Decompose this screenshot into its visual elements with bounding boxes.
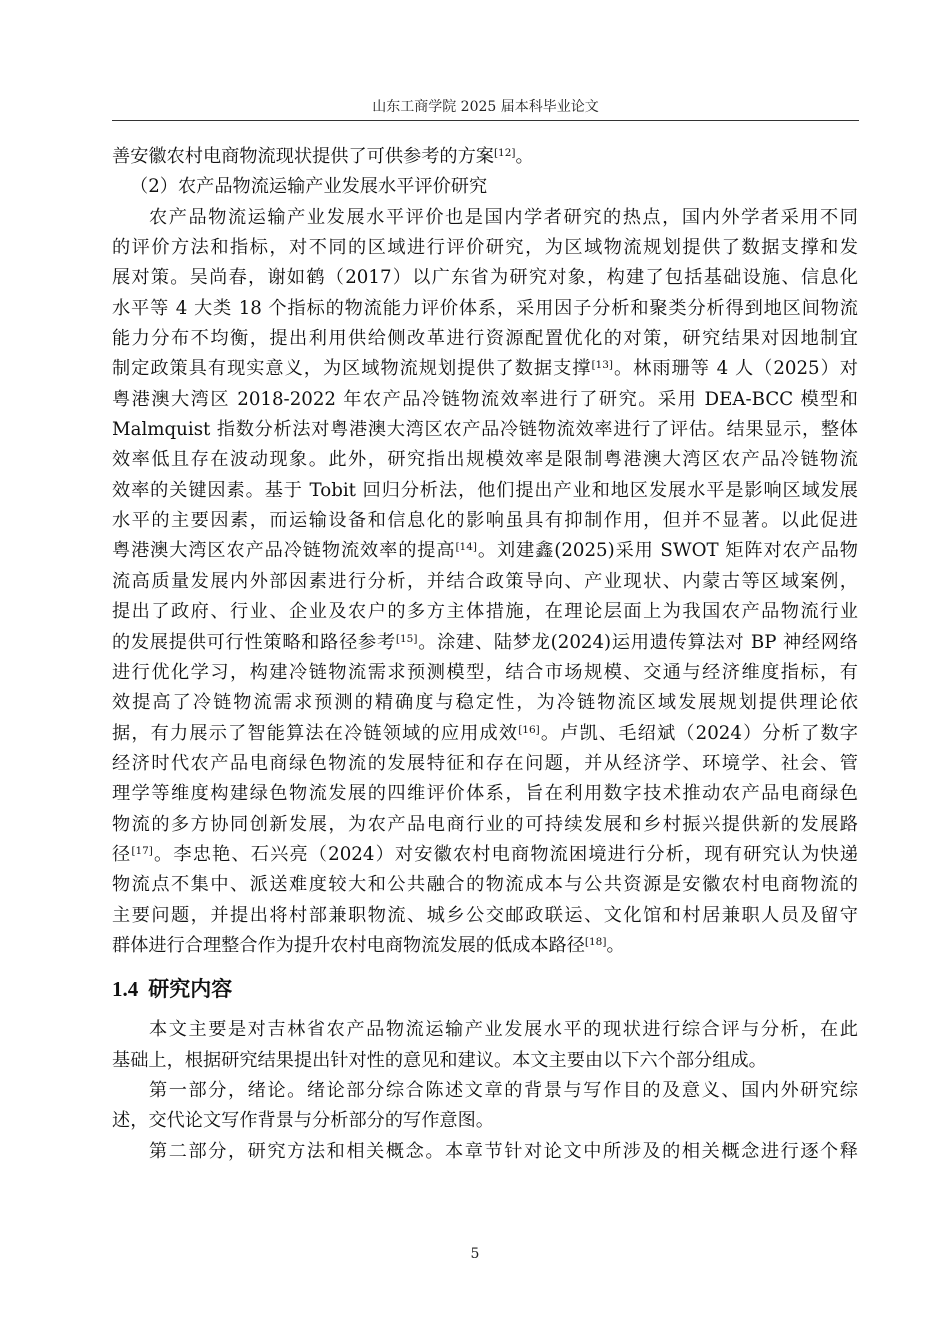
text-line: 效率的关键因素。基于 Tobit 回归分析法，他们提出产业和地区发展水平是影响区… [112,476,858,506]
text-line: 农产品物流运输产业发展水平评价也是国内学者研究的热点，国内外学者采用不同 [112,203,858,233]
text-line: 水平等 4 大类 18 个指标的物流能力评价体系，采用因子分析和聚类分析得到地区… [112,294,858,324]
section-heading: 1.4研究内容 [112,963,858,1015]
text-line: 物流点不集中、派送难度较大和公共融合的物流成本与公共资源是安徽农村电商物流的 [112,870,858,900]
text-line: 的评价方法和指标，对不同的区域进行评价研究，为区域物流规划提供了数据支撑和发 [112,233,858,263]
text-line: 水平的主要因素，而运输设备和信息化的影响虽具有抑制作用，但并不显著。以此促进 [112,506,858,536]
text-line: 能力分布不均衡，提出利用供给侧改革进行资源配置优化的对策，研究结果对因地制宜 [112,324,858,354]
text-line: 的发展提供可行性策略和路径参考[15]。涂建、陆梦龙(2024)运用遗传算法对 … [112,628,858,658]
citation-ref: [17] [131,845,153,857]
text-line: 展对策。吴尚春，谢如鹤（2017）以广东省为研究对象，构建了包括基础设施、信息化 [112,263,858,293]
line-text: 群体进行合理整合作为提升农村电商物流发展的低成本路径 [112,935,585,956]
running-header: 山东工商学院 2025 届本科毕业论文 [112,98,859,116]
text-line: 善安徽农村电商物流现状提供了可供参考的方案[12]。 [112,142,858,172]
line-text-tail: 。李忠艳、石兴亮（2024）对安徽农村电商物流困境进行分析，现有研究认为快递 [153,844,858,865]
line-text: 径 [112,844,131,865]
line-text-tail: 。刘建鑫(2025)采用 SWOT 矩阵对农产品物 [477,540,858,561]
line-text-tail: 。 [606,935,624,956]
text-line: 流高质量发展内外部因素进行分析，并结合政策导向、产业现状、内蒙古等区域案例， [112,567,858,597]
citation-ref: [16] [518,724,540,736]
citation-ref: [12] [494,147,516,159]
text-line: 径[17]。李忠艳、石兴亮（2024）对安徽农村电商物流困境进行分析，现有研究认… [112,840,858,870]
text-line: 第二部分，研究方法和相关概念。本章节针对论文中所涉及的相关概念进行逐个释 [112,1137,858,1167]
text-line: 第一部分，绪论。绪论部分综合陈述文章的背景与写作目的及意义、国内外研究综 [112,1076,858,1106]
text-line: 效率低且存在波动现象。此外，研究指出规模效率是限制粤港澳大湾区农产品冷链物流 [112,445,858,475]
section-number: 1.4 [112,977,138,1001]
line-text-tail: 。林雨珊等 4 人（2025）对 [613,358,858,379]
text-line: Malmquist 指数分析法对粤港澳大湾区农产品冷链物流效率进行了评估。结果显… [112,415,858,445]
document-body: 善安徽农村电商物流现状提供了可供参考的方案[12]。 （2）农产品物流运输产业发… [112,142,858,1167]
text-line: 粤港澳大湾区 2018-2022 年农产品冷链物流效率进行了研究。采用 DEA-… [112,385,858,415]
text-line: 理学等维度构建绿色物流发展的四维评价体系，旨在利用数字技术推动农产品电商绿色 [112,779,858,809]
text-line: 据，有力展示了智能算法在冷链领域的应用成效[16]。卢凯、毛绍斌（2024）分析… [112,719,858,749]
header-divider [112,120,859,121]
text-line: 经济时代农产品电商绿色物流的发展特征和存在问题，并从经济学、环境学、社会、管 [112,749,858,779]
citation-ref: [14] [455,541,477,553]
page-number: 5 [0,1246,950,1262]
text-line: 基础上，根据研究结果提出针对性的意见和建议。本文主要由以下六个部分组成。 [112,1046,858,1076]
line-text-tail: 。 [516,146,534,167]
line-text: 制定政策具有现实意义，为区域物流规划提供了数据支撑 [112,358,591,379]
text-line: 效提高了冷链物流需求预测的精确度与稳定性，为冷链物流区域发展规划提供理论依 [112,688,858,718]
text-line: 物流的多方协同创新发展，为农产品电商行业的可持续发展和乡村振兴提供新的发展路 [112,810,858,840]
text-line: 粤港澳大湾区农产品冷链物流效率的提高[14]。刘建鑫(2025)采用 SWOT … [112,536,858,566]
text-line: 本文主要是对吉林省农产品物流运输产业发展水平的现状进行综合评与分析，在此 [112,1015,858,1045]
subsection-heading: （2）农产品物流运输产业发展水平评价研究 [112,172,858,202]
line-text: 善安徽农村电商物流现状提供了可供参考的方案 [112,146,494,167]
text-line: 群体进行合理整合作为提升农村电商物流发展的低成本路径[18]。 [112,931,858,961]
text-line: 制定政策具有现实意义，为区域物流规划提供了数据支撑[13]。林雨珊等 4 人（2… [112,354,858,384]
line-text-tail: 。卢凯、毛绍斌（2024）分析了数字 [540,723,858,744]
line-text: 据，有力展示了智能算法在冷链领域的应用成效 [112,723,518,744]
text-line: 述，交代论文写作背景与分析部分的写作意图。 [112,1106,858,1136]
text-line: 主要问题，并提出将村部兼职物流、城乡公交邮政联运、文化馆和村居兼职人员及留守 [112,901,858,931]
section-title: 研究内容 [148,977,232,1001]
line-text-tail: 。涂建、陆梦龙(2024)运用遗传算法对 BP 神经网络 [417,632,858,653]
citation-ref: [18] [585,936,607,948]
line-text: 的发展提供可行性策略和路径参考 [112,632,396,653]
text-line: 提出了政府、行业、企业及农户的多方主体措施，在理论层面上为我国农产品物流行业 [112,597,858,627]
citation-ref: [13] [591,359,613,371]
text-line: 进行优化学习，构建冷链物流需求预测模型，结合市场规模、交通与经济维度指标，有 [112,658,858,688]
citation-ref: [15] [396,633,418,645]
line-text: 粤港澳大湾区农产品冷链物流效率的提高 [112,540,455,561]
